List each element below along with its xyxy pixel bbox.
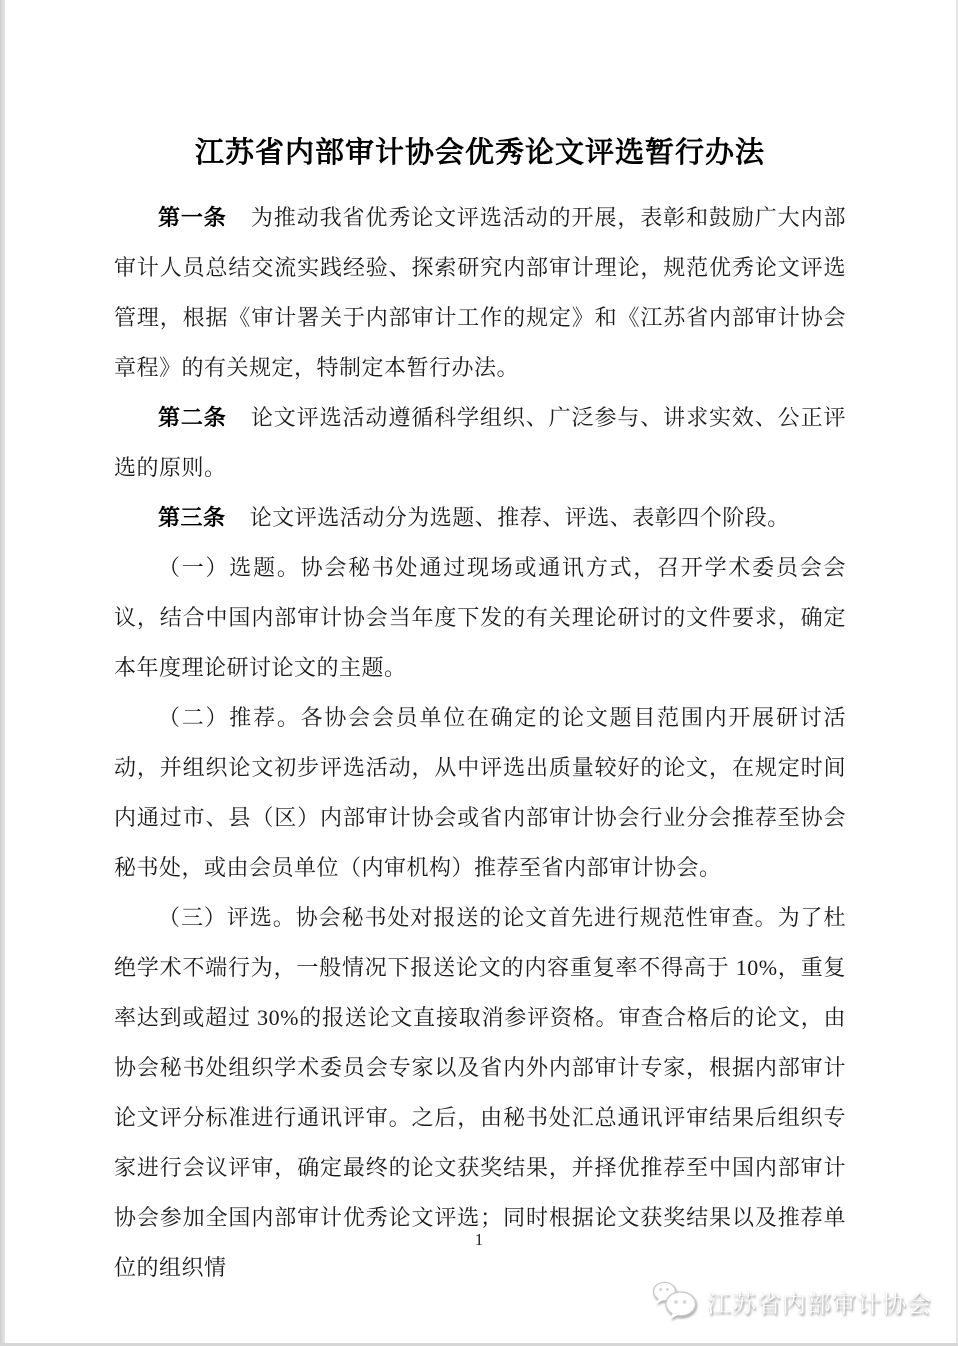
document-body: 第一条为推动我省优秀论文评选活动的开展，表彰和鼓励广大内部审计人员总结交流实践经… xyxy=(114,193,846,1293)
page-edge-left xyxy=(0,0,5,1346)
document-title: 江苏省内部审计协会优秀论文评选暂行办法 xyxy=(114,133,846,173)
paragraph: 第三条论文评选活动分为选题、推荐、评选、表彰四个阶段。 xyxy=(114,493,846,543)
page-number: 1 xyxy=(0,1230,958,1250)
paragraph: （一）选题。协会秘书处通过现场或通讯方式，召开学术委员会会议，结合中国内部审计协… xyxy=(114,543,846,693)
article-label: 第二条 xyxy=(158,405,227,430)
paragraph-text: 为推动我省优秀论文评选活动的开展，表彰和鼓励广大内部审计人员总结交流实践经验、探… xyxy=(114,205,846,380)
paragraph-text: （一）选题。协会秘书处通过现场或通讯方式，召开学术委员会会议，结合中国内部审计协… xyxy=(114,555,846,680)
watermark: 江苏省内部审计协会 xyxy=(652,1280,932,1322)
document-page: { "document": { "title": "江苏省内部审计协会优秀论文评… xyxy=(0,0,958,1346)
paragraph-text: （二）推荐。各协会会员单位在确定的论文题目范围内开展研讨活动，并组织论文初步评选… xyxy=(114,705,846,880)
article-label: 第一条 xyxy=(158,205,227,230)
wechat-icon xyxy=(652,1280,698,1322)
paragraph: 第一条为推动我省优秀论文评选活动的开展，表彰和鼓励广大内部审计人员总结交流实践经… xyxy=(114,193,846,393)
paragraph: （二）推荐。各协会会员单位在确定的论文题目范围内开展研讨活动，并组织论文初步评选… xyxy=(114,693,846,893)
article-label: 第三条 xyxy=(158,505,226,530)
paragraph-text: 论文评选活动分为选题、推荐、评选、表彰四个阶段。 xyxy=(250,505,790,530)
document-content: 江苏省内部审计协会优秀论文评选暂行办法 第一条为推动我省优秀论文评选活动的开展，… xyxy=(114,133,846,1293)
watermark-text: 江苏省内部审计协会 xyxy=(707,1284,932,1319)
paragraph-text: （三）评选。协会秘书处对报送的论文首先进行规范性审查。为了杜绝学术不端行为，一般… xyxy=(114,905,846,1280)
paragraph: 第二条论文评选活动遵循科学组织、广泛参与、讲求实效、公正评选的原则。 xyxy=(114,393,846,493)
